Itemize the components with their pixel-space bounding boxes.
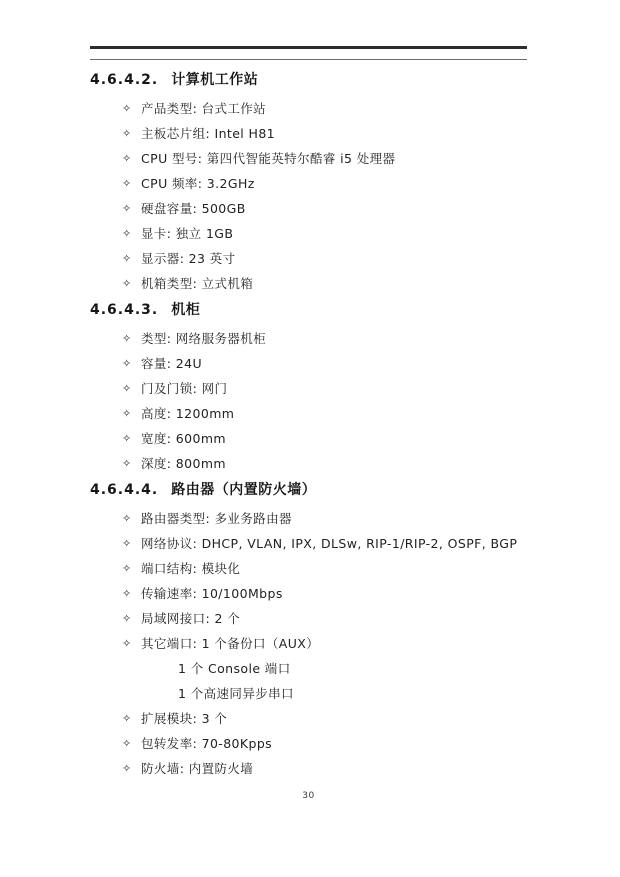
spec-item: ✧宽度: 600mm — [90, 432, 527, 446]
spec-item-text: 容量: 24U — [141, 357, 202, 371]
spec-item: ✧高度: 1200mm — [90, 407, 527, 421]
diamond-bullet-icon: ✧ — [122, 562, 134, 576]
spec-item: ✧路由器类型: 多业务路由器 — [90, 512, 527, 526]
spec-item-text: 局域网接口: 2 个 — [141, 612, 240, 626]
diamond-bullet-icon: ✧ — [122, 457, 134, 471]
spec-item: ✧传输速率: 10/100Mbps — [90, 587, 527, 601]
spec-item-text: 路由器类型: 多业务路由器 — [141, 512, 292, 526]
spec-item: ✧机箱类型: 立式机箱 — [90, 277, 527, 291]
diamond-bullet-icon: ✧ — [122, 277, 134, 291]
diamond-bullet-icon: ✧ — [122, 357, 134, 371]
spec-item: ✧包转发率: 70-80Kpps — [90, 737, 527, 751]
spec-item: ✧扩展模块: 3 个 — [90, 712, 527, 726]
spec-item-text: 产品类型: 台式工作站 — [141, 102, 266, 116]
section-heading-workstation: 4.6.4.2.计算机工作站 — [90, 72, 527, 89]
spec-item: ✧端口结构: 模块化 — [90, 562, 527, 576]
diamond-bullet-icon: ✧ — [122, 612, 134, 626]
spec-list-router: ✧路由器类型: 多业务路由器 ✧网络协议: DHCP, VLAN, IPX, D… — [90, 512, 527, 776]
diamond-bullet-icon: ✧ — [122, 512, 134, 526]
diamond-bullet-icon: ✧ — [122, 332, 134, 346]
section-heading-cabinet: 4.6.4.3.机柜 — [90, 302, 527, 319]
spec-item-text: 门及门锁: 网门 — [141, 382, 227, 396]
section-number: 4.6.4.2. — [90, 72, 158, 89]
diamond-bullet-icon: ✧ — [122, 407, 134, 421]
header-rule-thick — [90, 46, 527, 49]
section-number: 4.6.4.4. — [90, 482, 158, 499]
spec-item: ✧防火墙: 内置防火墙 — [90, 762, 527, 776]
spec-item-text: 主板芯片组: Intel H81 — [141, 127, 275, 141]
spec-item-text: 扩展模块: 3 个 — [141, 712, 227, 726]
header-rule-thin — [90, 59, 527, 60]
spec-item-text: 机箱类型: 立式机箱 — [141, 277, 253, 291]
diamond-bullet-icon: ✧ — [122, 227, 134, 241]
spec-item: ✧局域网接口: 2 个 — [90, 612, 527, 626]
spec-item: ✧CPU 型号: 第四代智能英特尔酷睿 i5 处理器 — [90, 152, 527, 166]
spec-item-text: 其它端口: 1 个备份口（AUX） — [141, 637, 319, 651]
diamond-bullet-icon: ✧ — [122, 737, 134, 751]
section-heading-router: 4.6.4.4.路由器（内置防火墙） — [90, 482, 527, 499]
spec-item-text: 包转发率: 70-80Kpps — [141, 737, 272, 751]
spec-item-continuation: 1 个高速同异步串口 — [90, 687, 527, 701]
spec-item: ✧硬盘容量: 500GB — [90, 202, 527, 216]
section-number: 4.6.4.3. — [90, 302, 158, 319]
diamond-bullet-icon: ✧ — [122, 202, 134, 216]
spec-item-text: 深度: 800mm — [141, 457, 226, 471]
section-title: 计算机工作站 — [171, 72, 258, 88]
diamond-bullet-icon: ✧ — [122, 252, 134, 266]
spec-item: ✧主板芯片组: Intel H81 — [90, 127, 527, 141]
diamond-bullet-icon: ✧ — [122, 382, 134, 396]
spec-item: ✧显卡: 独立 1GB — [90, 227, 527, 241]
diamond-bullet-icon: ✧ — [122, 177, 134, 191]
spec-item: ✧网络协议: DHCP, VLAN, IPX, DLSw, RIP-1/RIP-… — [90, 537, 527, 551]
page-number: 30 — [90, 791, 527, 801]
document-page: 4.6.4.2.计算机工作站 ✧产品类型: 台式工作站 ✧主板芯片组: Inte… — [0, 0, 620, 877]
spec-item-text: 网络协议: DHCP, VLAN, IPX, DLSw, RIP-1/RIP-2… — [141, 537, 517, 551]
spec-item-text: 显示器: 23 英寸 — [141, 252, 236, 266]
section-title: 路由器（内置防火墙） — [171, 482, 316, 498]
spec-list-workstation: ✧产品类型: 台式工作站 ✧主板芯片组: Intel H81 ✧CPU 型号: … — [90, 102, 527, 291]
spec-item-continuation: 1 个 Console 端口 — [90, 662, 527, 676]
diamond-bullet-icon: ✧ — [122, 712, 134, 726]
diamond-bullet-icon: ✧ — [122, 762, 134, 776]
page-content: 4.6.4.2.计算机工作站 ✧产品类型: 台式工作站 ✧主板芯片组: Inte… — [0, 46, 620, 801]
diamond-bullet-icon: ✧ — [122, 537, 134, 551]
spec-item-text: 1 个 Console 端口 — [178, 662, 291, 676]
spec-item-text: 类型: 网络服务器机柜 — [141, 332, 266, 346]
diamond-bullet-icon: ✧ — [122, 127, 134, 141]
section-title: 机柜 — [171, 302, 200, 318]
spec-item: ✧其它端口: 1 个备份口（AUX） — [90, 637, 527, 651]
spec-item: ✧类型: 网络服务器机柜 — [90, 332, 527, 346]
diamond-bullet-icon: ✧ — [122, 432, 134, 446]
spec-item-text: 显卡: 独立 1GB — [141, 227, 233, 241]
diamond-bullet-icon: ✧ — [122, 152, 134, 166]
diamond-bullet-icon: ✧ — [122, 637, 134, 651]
spec-item-text: CPU 型号: 第四代智能英特尔酷睿 i5 处理器 — [141, 152, 395, 166]
spec-item-text: 端口结构: 模块化 — [141, 562, 240, 576]
spec-item-text: 硬盘容量: 500GB — [141, 202, 246, 216]
spec-item-text: 宽度: 600mm — [141, 432, 226, 446]
spec-item: ✧容量: 24U — [90, 357, 527, 371]
spec-item: ✧显示器: 23 英寸 — [90, 252, 527, 266]
diamond-bullet-icon: ✧ — [122, 587, 134, 601]
spec-item-text: CPU 频率: 3.2GHz — [141, 177, 255, 191]
spec-item-text: 传输速率: 10/100Mbps — [141, 587, 283, 601]
spec-item-text: 1 个高速同异步串口 — [178, 687, 294, 701]
spec-item-text: 防火墙: 内置防火墙 — [141, 762, 253, 776]
diamond-bullet-icon: ✧ — [122, 102, 134, 116]
spec-list-cabinet: ✧类型: 网络服务器机柜 ✧容量: 24U ✧门及门锁: 网门 ✧高度: 120… — [90, 332, 527, 471]
spec-item: ✧门及门锁: 网门 — [90, 382, 527, 396]
spec-item: ✧深度: 800mm — [90, 457, 527, 471]
spec-item-text: 高度: 1200mm — [141, 407, 234, 421]
spec-item: ✧CPU 频率: 3.2GHz — [90, 177, 527, 191]
spec-item: ✧产品类型: 台式工作站 — [90, 102, 527, 116]
